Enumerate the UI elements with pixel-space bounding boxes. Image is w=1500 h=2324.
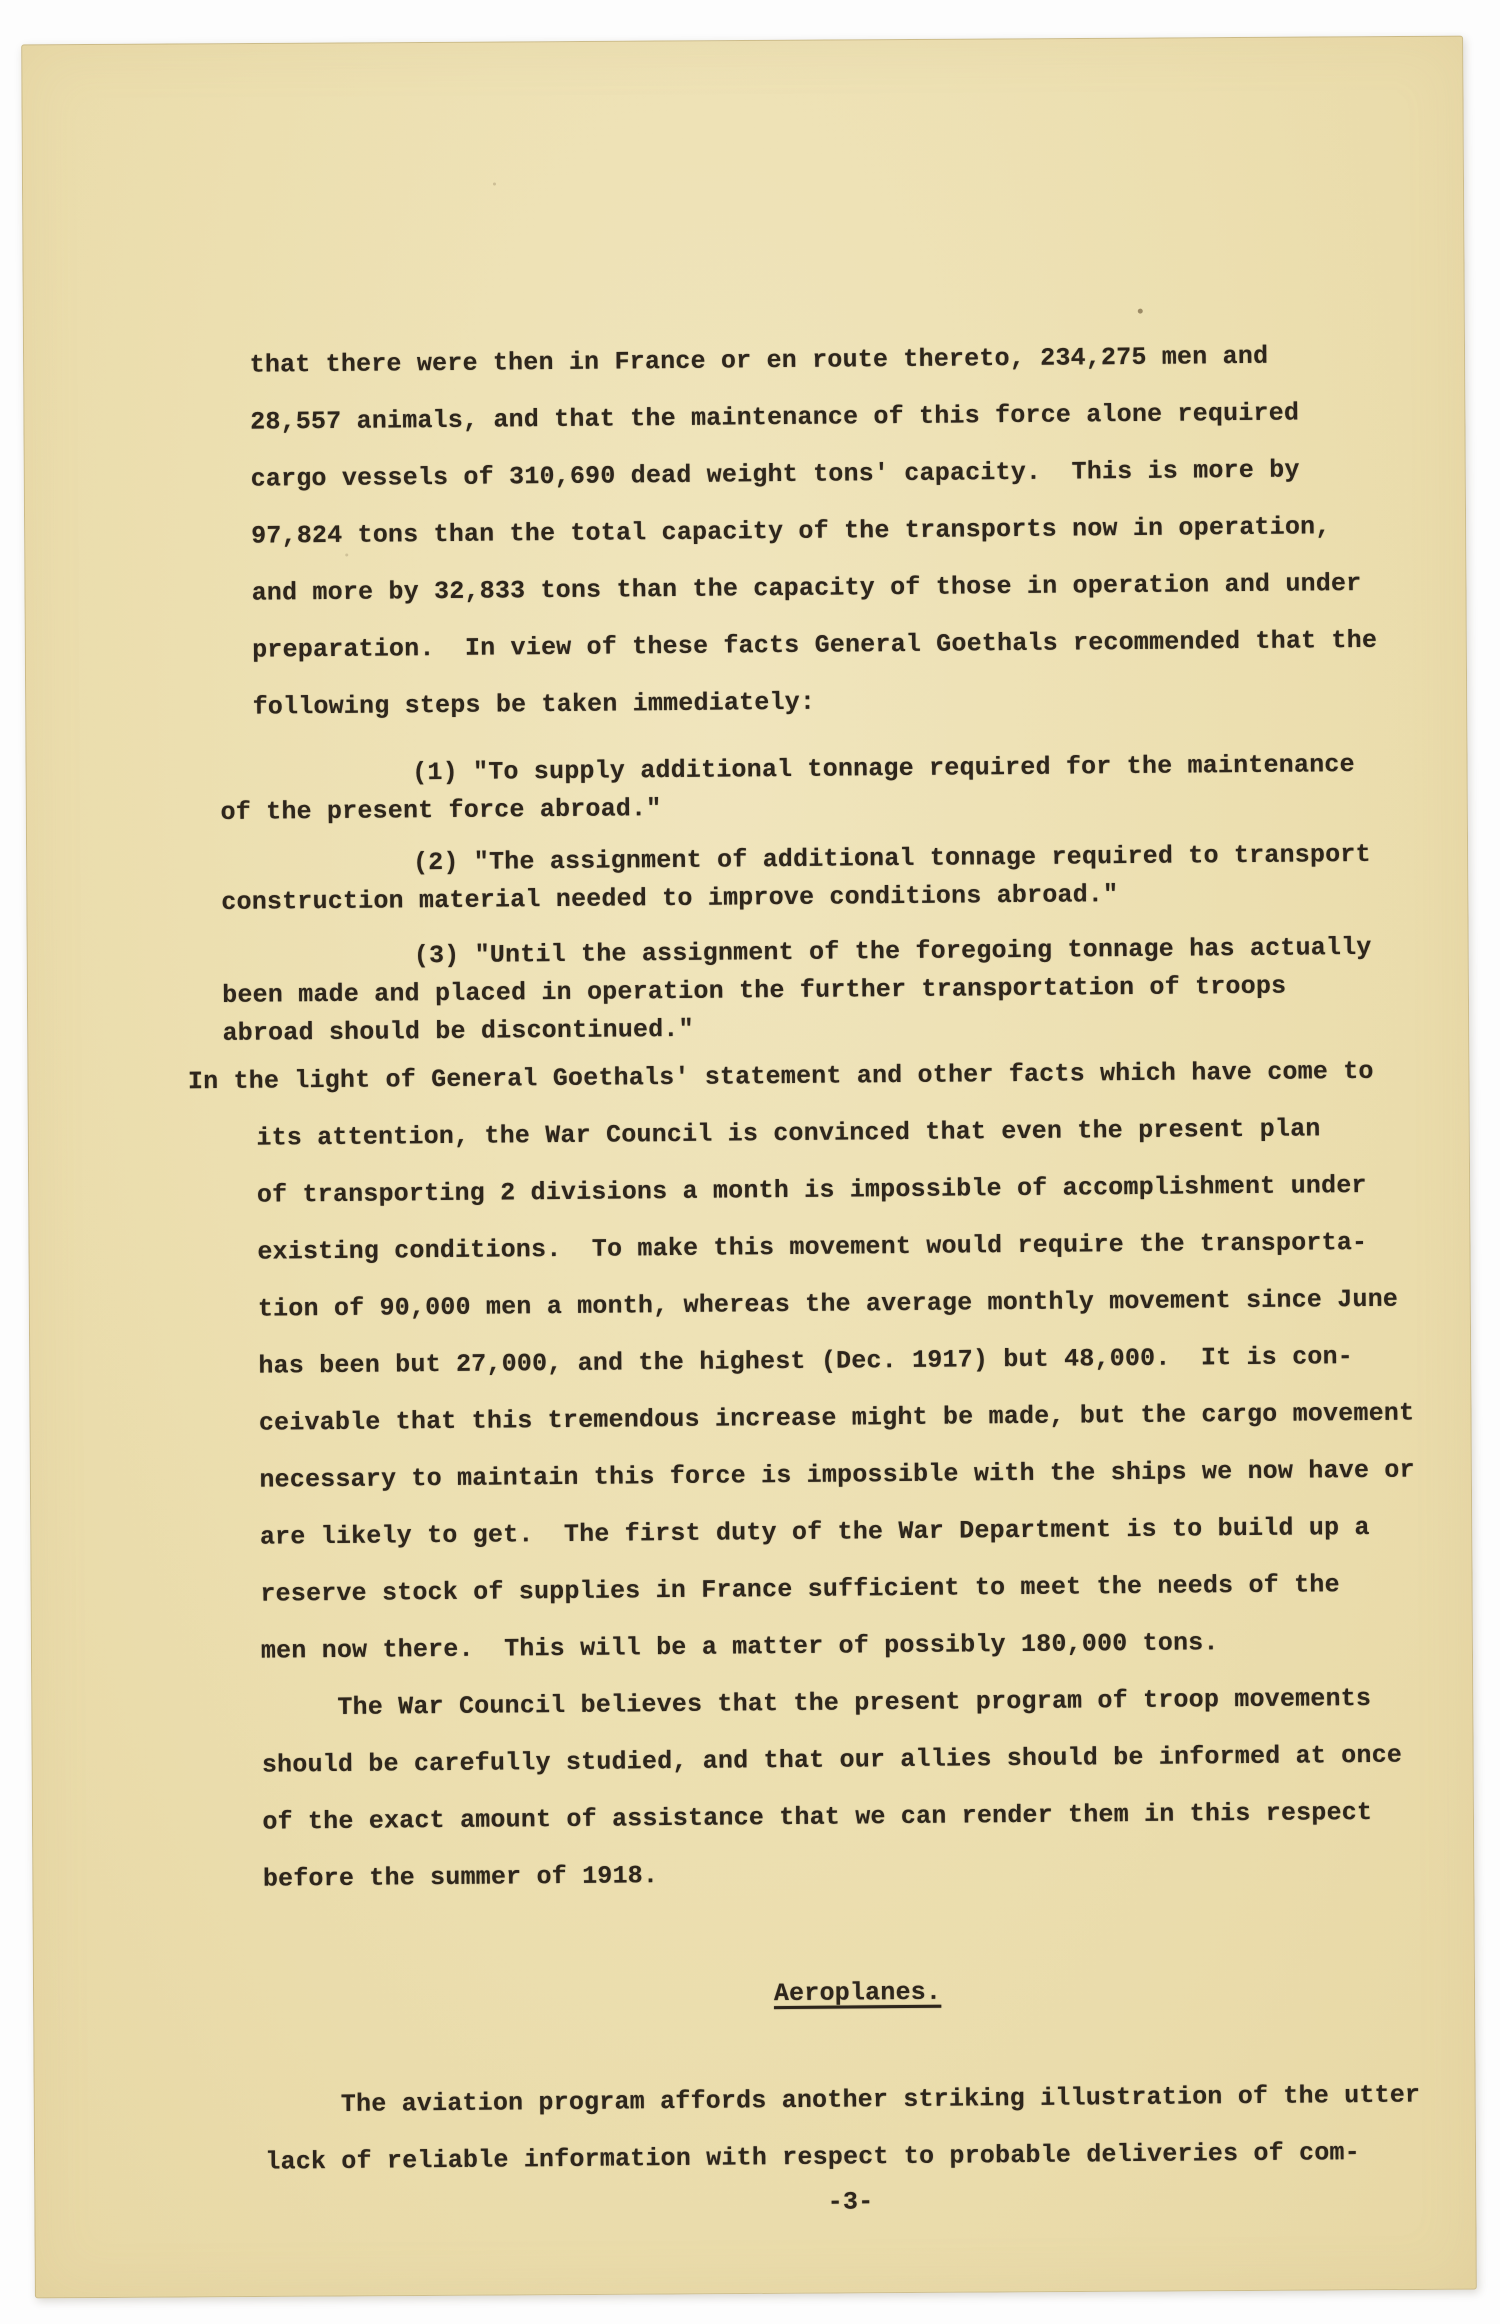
paper-speck <box>345 553 348 556</box>
text-line: The aviation program affords another str… <box>341 2066 1500 2133</box>
scan-background: that there were then in France or en rou… <box>0 0 1500 2324</box>
text-line: following steps be taken immediately: <box>252 668 1500 736</box>
text-line: reserve stock of supplies in France suff… <box>260 1555 1500 1623</box>
text-line: The War Council believes that the presen… <box>337 1669 1500 1736</box>
paper-speck <box>1138 309 1143 314</box>
text-line: preparation. In view of these facts Gene… <box>252 611 1500 679</box>
text-line: should be carefully studied, and that ou… <box>262 1726 1500 1794</box>
text-line: of the exact amount of assistance that w… <box>262 1783 1500 1851</box>
paper-page: that there were then in France or en rou… <box>21 36 1477 2299</box>
paper-speck <box>493 183 496 186</box>
section-heading: Aeroplanes. <box>774 1959 1500 2022</box>
text-line: before the summer of 1918. <box>263 1840 1500 1908</box>
text-line: lack of reliable information with respec… <box>265 2123 1500 2191</box>
document-text: that there were then in France or en rou… <box>249 326 1500 2236</box>
